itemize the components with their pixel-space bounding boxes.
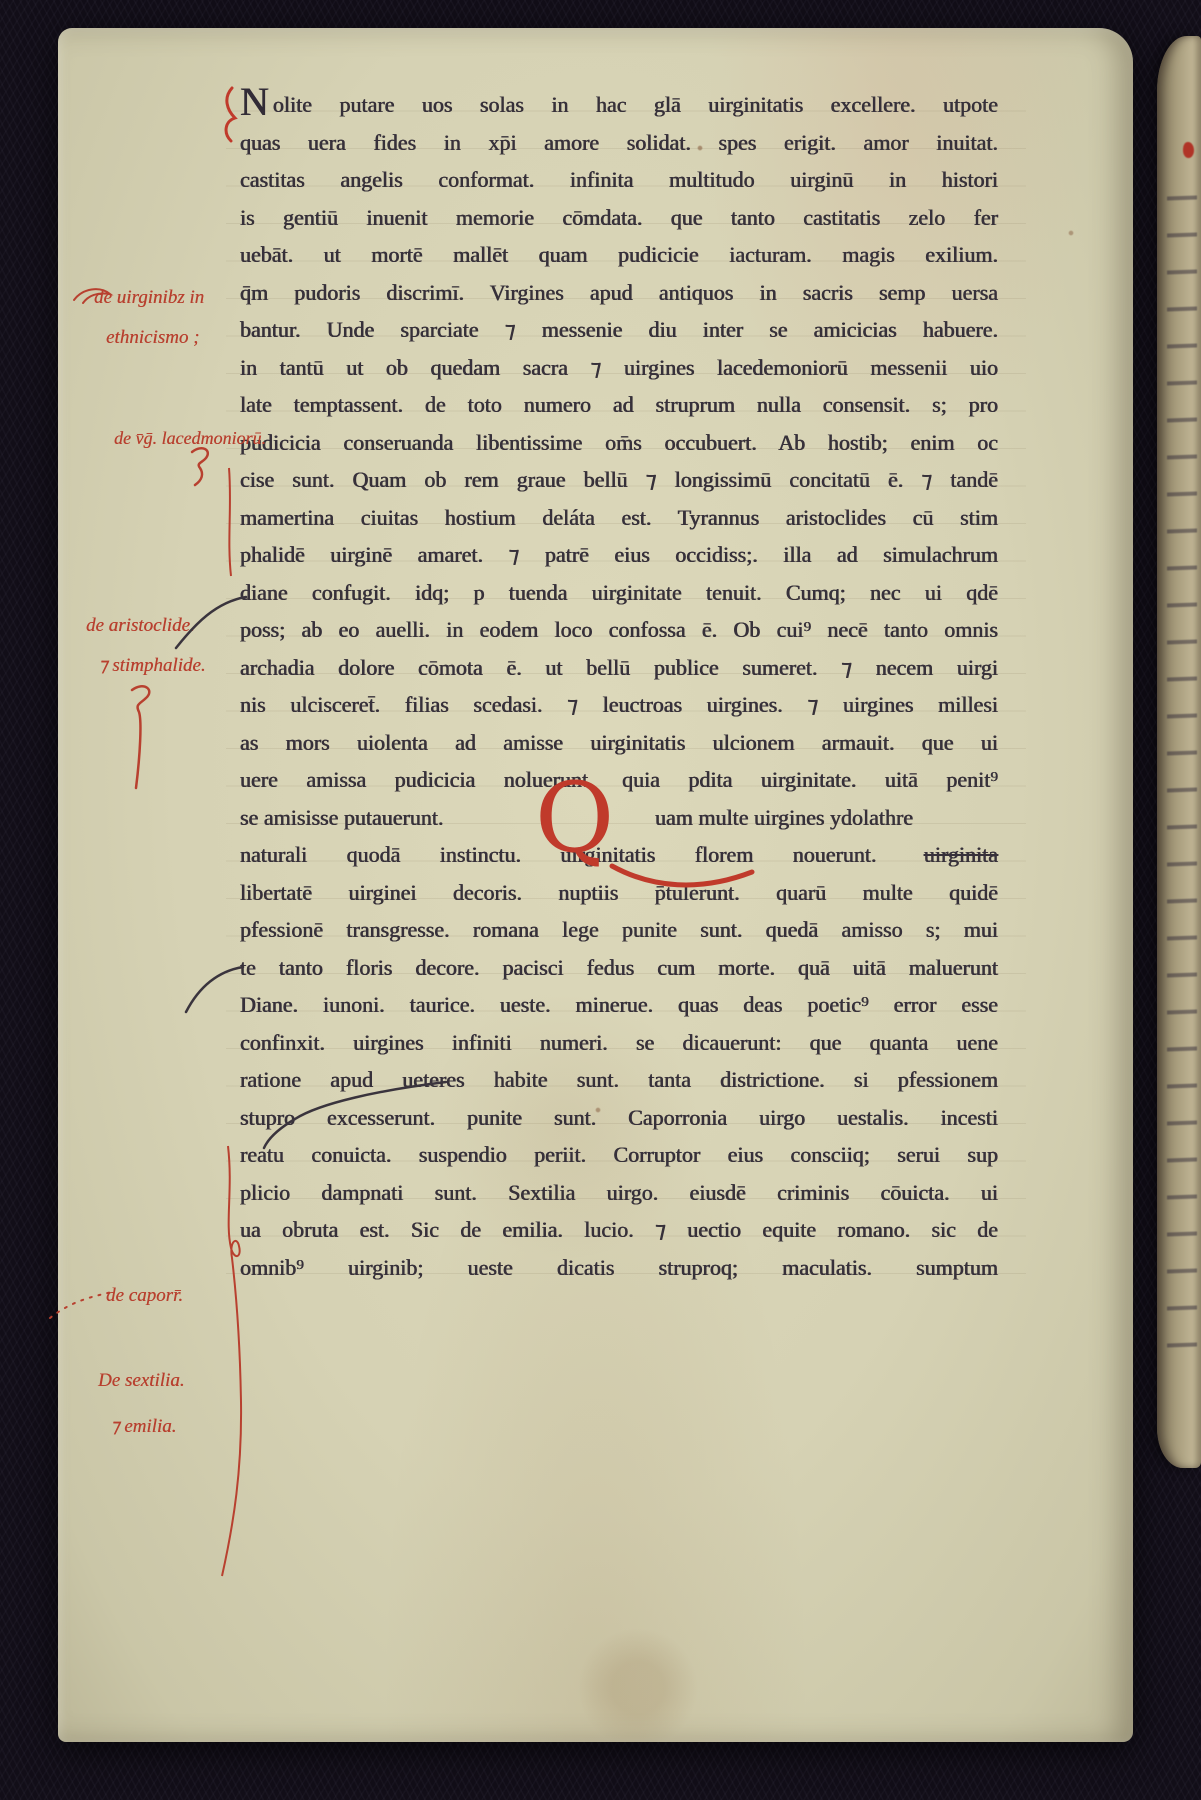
text-line: ratione apud ueteres habite sunt. tanta … (240, 1061, 998, 1099)
margin-note-aristoclides-stymphalis: de aristoclide. ⁊ stimphalide. (86, 606, 206, 686)
text-line: plicio dampnati sunt. Sextilia uirgo. ei… (240, 1174, 998, 1212)
text-line-with-initial: se amisisse putauerunt. uam multe uirgin… (240, 799, 998, 837)
text-line: late temptassent. de toto numero ad stru… (240, 386, 998, 424)
struck-word: uirginita (924, 842, 998, 867)
q-line-before: se amisisse putauerunt. (240, 799, 443, 837)
text-line: phalidē uirginē amaret. ⁊ patrē eius occ… (240, 536, 998, 574)
text-line: libertatē uirginei decoris. nuptiis p̄tu… (240, 874, 998, 912)
text-line: archadia dolore cōmota ē. ut bellū publi… (240, 649, 998, 687)
text-line: in tantū ut ob quedam sacra ⁊ uirgines l… (240, 349, 998, 387)
margin-note-line: ⁊ emilia. (98, 1404, 185, 1450)
text-line: uebāt. ut mortē mallēt quam pudicicie ia… (240, 236, 998, 274)
text-line: Nolite putare uos solas in hac glā uirgi… (240, 86, 998, 124)
text-line: q̄m pudoris discrimī. Virgines apud anti… (240, 274, 998, 312)
text-block: Nolite putare uos solas in hac glā uirgi… (240, 86, 998, 1286)
text-line: uere amissa pudicicia noluerunt. quia pd… (240, 761, 998, 799)
text-line: is gentiū inuenit memorie cōmdata. que t… (240, 199, 998, 237)
initial-q: Q (535, 770, 614, 866)
margin-note-virgins-in-paganism: de uirginibz in ethnicismo ; (94, 278, 204, 358)
text-line: bantur. Unde sparciate ⁊ messenie diu in… (240, 311, 998, 349)
text-line: quas uera fides in xp̄i amore solidat. s… (240, 124, 998, 162)
text-line: castitas angelis conformat. infinita mul… (240, 161, 998, 199)
text-line: as mors uiolenta ad amisse uirginitatis … (240, 724, 998, 762)
margin-note-line: de aristoclide. (86, 606, 206, 646)
background-cloth: Nolite putare uos solas in hac glā uirgi… (0, 0, 1201, 1800)
manuscript-page: Nolite putare uos solas in hac glā uirgi… (58, 28, 1133, 1742)
margin-note-line: de uirginibz in (94, 278, 204, 318)
margin-note-line: de caporr̄. (106, 1276, 183, 1316)
margin-note-sextilia-emilia: De sextilia. ⁊ emilia. (98, 1358, 185, 1450)
opening-line-text: olite putare uos solas in hac glā uirgin… (273, 92, 998, 117)
text-line: cise sunt. Quam ob rem graue bellū ⁊ lon… (240, 461, 998, 499)
margin-note-caporronia: de caporr̄. (106, 1276, 183, 1316)
margin-note-lacedaemonian-virgins: de v̄ḡ. lacedmoniorū. (114, 418, 266, 458)
text-line: reatu conuicta. suspendio periit. Corrup… (240, 1136, 998, 1174)
text-line: mamertina ciuitas hostium deláta est. Ty… (240, 499, 998, 537)
adjacent-page-edge (1157, 36, 1201, 1468)
adjacent-page-red-initial (1183, 142, 1194, 158)
opening-initial-n: N (240, 79, 269, 124)
text-line: nis ulcisceret̄. filias scedasi. ⁊ leuct… (240, 686, 998, 724)
text-line: pudicicia conseruanda libentissime om̄s … (240, 424, 998, 462)
text-line: diane confugit. idq; p tuenda uirginitat… (240, 574, 998, 612)
q-line-after: uam multe uirgines ydolathre (655, 799, 913, 837)
text-line: pfessionē transgresse. romana lege punit… (240, 911, 998, 949)
text-line: naturali quodā instinctu. uirginitatis f… (240, 836, 998, 874)
text-line: Diane. iunoni. taurice. ueste. minerue. … (240, 986, 998, 1024)
text-line: stupro excesserunt. punite sunt. Caporro… (240, 1099, 998, 1137)
text-line: omnib⁹ uirginib; ueste dicatis struproq;… (240, 1249, 998, 1287)
text-line: poss; ab eo auelli. in eodem loco confos… (240, 611, 998, 649)
margin-note-line: De sextilia. (98, 1358, 185, 1404)
text-line: confinxit. uirgines infiniti numeri. se … (240, 1024, 998, 1062)
text-line: te tanto floris decore. pacisci fedus cu… (240, 949, 998, 987)
margin-note-line: ethnicismo ; (94, 318, 204, 358)
margin-note-line: de v̄ḡ. lacedmoniorū. (114, 418, 266, 458)
text-line: ua obruta est. Sic de emilia. lucio. ⁊ u… (240, 1211, 998, 1249)
margin-note-line: ⁊ stimphalide. (86, 646, 206, 686)
adjacent-page-text-fragments (1167, 185, 1197, 1376)
